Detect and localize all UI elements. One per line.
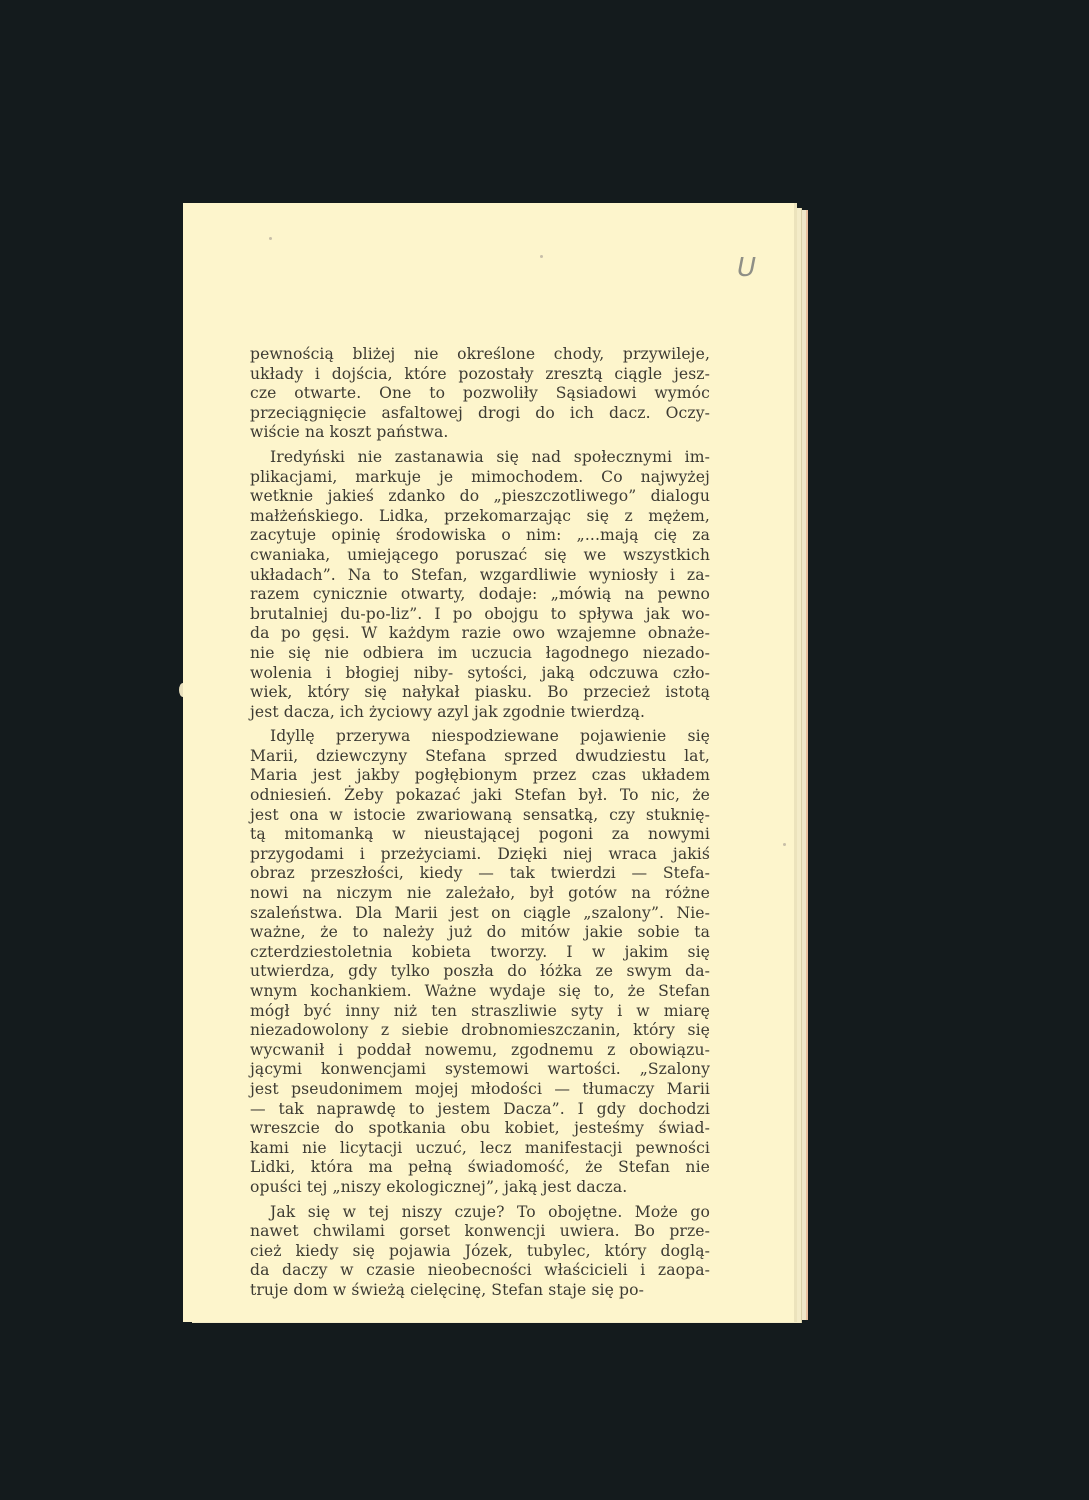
text-line: przygodami i przeżyciami. Dzięki niej wr… [250, 845, 710, 865]
text-line: brutalniej du-po-liz”. I po obojgu to sp… [250, 605, 710, 625]
text-line: da po gęsi. W każdym razie owo wzajemne … [250, 624, 710, 644]
text-line: Jak się w tej niszy czuje? To obojętne. … [250, 1203, 710, 1223]
text-line: jest dacza, ich życiowy azyl jak zgodnie… [250, 703, 710, 723]
text-line: jącymi konwencjami systemowi wartości. „… [250, 1060, 710, 1080]
text-line: wycwanił i poddał nowemu, zgodnemu z obo… [250, 1041, 710, 1061]
text-line: wnym kochankiem. Ważne wydaje się to, że… [250, 982, 710, 1002]
text-line: nie się nie odbiera im uczucia łagodnego… [250, 644, 710, 664]
text-line: utwierdza, gdy tylko poszła do łóżka ze … [250, 962, 710, 982]
paper-speck [269, 237, 272, 240]
paper-speck [540, 255, 543, 258]
text-line: truje dom w świeżą cielęcinę, Stefan sta… [250, 1281, 710, 1301]
handwritten-page-mark: U [737, 253, 754, 283]
text-line: szaleństwa. Dla Marii jest on ciągle „sz… [250, 904, 710, 924]
text-line: wiście na koszt państwa. [250, 423, 710, 443]
text-line: cież kiedy się pojawia Józek, tubylec, k… [250, 1242, 710, 1262]
text-line: razem cynicznie otwarty, dodaje: „mówią … [250, 585, 710, 605]
text-line: Marii, dziewczyny Stefana sprzed dwudzie… [250, 747, 710, 767]
text-line: nowi na niczym nie zależało, był gotów n… [250, 884, 710, 904]
paragraph: pewnością bliżej nie określone chody, pr… [250, 345, 710, 443]
text-line: ważne, że to należy już do mitów jakie s… [250, 923, 710, 943]
text-line: przeciągnięcie asfaltowej drogi do ich d… [250, 404, 710, 424]
paragraph: Idyllę przerywa niespodziewane pojawieni… [250, 727, 710, 1197]
document-page: U pewnością bliżej nie określone chody, … [183, 203, 797, 1322]
text-line: wolenia i błogiej niby- sytości, jaką od… [250, 664, 710, 684]
text-line: zacytuje opinię środowiska o nim: „...ma… [250, 526, 710, 546]
text-line: małżeńskiego. Lidka, przekomarzając się … [250, 507, 710, 527]
text-line: pewnością bliżej nie określone chody, pr… [250, 345, 710, 365]
paragraph: Iredyński nie zastanawia się nad społecz… [250, 448, 710, 722]
text-line: mógł być inny niż ten straszliwie syty i… [250, 1002, 710, 1022]
text-line: cwaniaka, umiejącego poruszać się we wsz… [250, 546, 710, 566]
text-line: wetknie jakieś zdanko do „pieszczotliweg… [250, 487, 710, 507]
text-line: Maria jest jakby pogłębionym przez czas … [250, 766, 710, 786]
text-line: da daczy w czasie nieobecności właścicie… [250, 1261, 710, 1281]
text-line: niezadowolony z siebie drobnomieszczanin… [250, 1021, 710, 1041]
text-line: opuści tej „niszy ekologicznej”, jaką je… [250, 1178, 710, 1198]
body-text: pewnością bliżej nie określone chody, pr… [250, 345, 710, 1306]
text-line: odniesień. Żeby pokazać jaki Stefan był.… [250, 786, 710, 806]
text-line: — tak naprawdę to jestem Dacza”. I gdy d… [250, 1100, 710, 1120]
text-line: kami nie licytacji uczuć, lecz manifesta… [250, 1139, 710, 1159]
paper-speck [783, 843, 786, 846]
text-line: wiek, który się nałykał piasku. Bo przec… [250, 683, 710, 703]
text-line: obraz przeszłości, kiedy — tak twierdzi … [250, 864, 710, 884]
text-line: układach”. Na to Stefan, wzgardliwie wyn… [250, 566, 710, 586]
text-line: jest pseudonimem mojej młodości — tłumac… [250, 1080, 710, 1100]
text-line: czterdziestoletnia kobieta tworzy. I w j… [250, 943, 710, 963]
text-line: cze otwarte. One to pozwoliły Sąsiadowi … [250, 384, 710, 404]
text-line: Lidki, która ma pełną świadomość, że Ste… [250, 1158, 710, 1178]
text-line: układy i dojścia, które pozostały zreszt… [250, 365, 710, 385]
text-line: nawet chwilami gorset konwencji uwiera. … [250, 1222, 710, 1242]
text-line: Iredyński nie zastanawia się nad społecz… [250, 448, 710, 468]
text-line: plikacjami, markuje je mimochodem. Co na… [250, 468, 710, 488]
text-line: tą mitomanką w nieustającej pogoni za no… [250, 825, 710, 845]
text-line: jest ona w istocie zwariowaną sensatką, … [250, 806, 710, 826]
paragraph: Jak się w tej niszy czuje? To obojętne. … [250, 1203, 710, 1301]
text-line: wreszcie do spotkania obu kobiet, jesteś… [250, 1119, 710, 1139]
text-line: Idyllę przerywa niespodziewane pojawieni… [250, 727, 710, 747]
